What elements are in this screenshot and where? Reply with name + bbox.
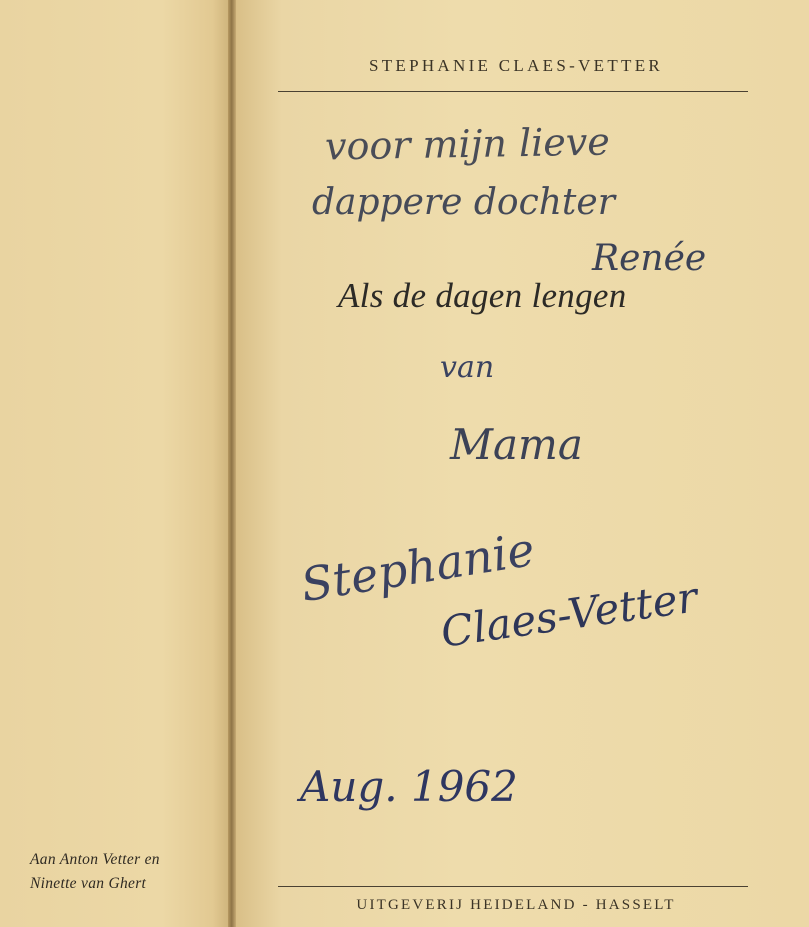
left-page: Aan Anton Vetter en Ninette van Ghert [0,0,231,927]
top-rule-divider [278,91,748,92]
inscription-date: Aug. 1962 [300,762,518,811]
dedication-line-1: Aan Anton Vetter en [30,848,225,872]
inscription-line-4: van [440,350,494,385]
dedication-line-2: Ninette van Ghert [30,872,225,896]
author-name: STEPHANIE CLAES-VETTER [281,56,751,76]
bottom-rule-divider [278,886,748,887]
inscription-recipient: Renée [592,238,706,279]
book-spread: Aan Anton Vetter en Ninette van Ghert ST… [0,0,809,927]
book-title: Als de dagen lengen [338,276,627,316]
inscription-line-5: Mama [450,420,583,469]
publisher-name: UITGEVERIJ HEIDELAND - HASSELT [281,897,751,914]
book-gutter [228,0,236,927]
dedication: Aan Anton Vetter en Ninette van Ghert [30,848,225,896]
inscription-line-2: dappere dochter [312,182,615,223]
inscription-line-1: voor mijn lieve [325,120,610,169]
